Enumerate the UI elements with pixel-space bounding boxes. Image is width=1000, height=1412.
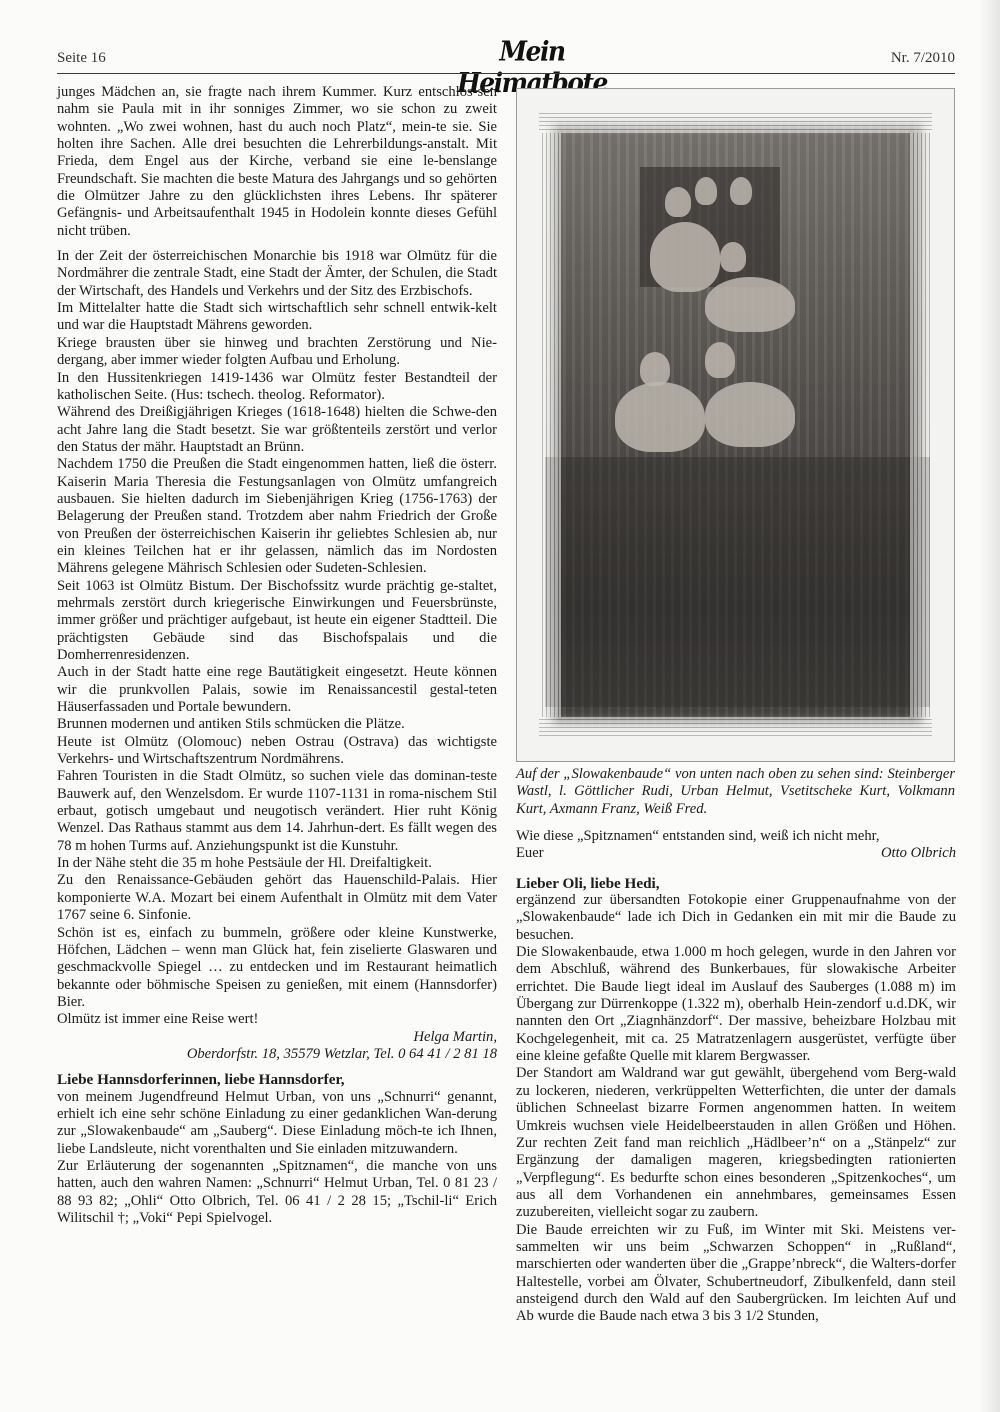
- paragraph: Zu den Renaissance-Gebäuden gehört das H…: [57, 872, 497, 924]
- scan-edge-shadow: [978, 0, 1000, 1412]
- issue-number: Nr. 7/2010: [891, 50, 955, 67]
- paragraph: Heute ist Olmütz (Olomouc) neben Ostrau …: [57, 734, 497, 769]
- paragraph: In den Hussitenkriegen 1419-1436 war Olm…: [57, 370, 497, 405]
- paragraph-gap: [57, 1063, 497, 1071]
- paragraph-gap: [57, 240, 497, 248]
- closing-text: Wie diese „Spitznamen“ entstanden sind, …: [516, 828, 956, 845]
- paragraph: Der Standort am Waldrand war gut gewählt…: [516, 1065, 956, 1221]
- page-number: Seite 16: [57, 50, 106, 67]
- paragraph: In der Zeit der österreichischen Monarch…: [57, 248, 497, 300]
- paragraph: Auch in der Stadt hatte eine rege Bautät…: [57, 664, 497, 716]
- letter-heading: Liebe Hannsdorferinnen, liebe Hannsdorfe…: [57, 1071, 497, 1088]
- paragraph: Fahren Touristen in die Stadt Olmütz, so…: [57, 768, 497, 855]
- group-photo: [516, 88, 955, 762]
- author-name: Helga Martin,: [57, 1029, 497, 1046]
- author-address: Oberdorfstr. 18, 35579 Wetzlar, Tel. 0 6…: [57, 1046, 497, 1063]
- paragraph: ergänzend zur übersandten Fotokopie eine…: [516, 892, 956, 944]
- paragraph: junges Mädchen an, sie fragte nach ihrem…: [57, 84, 497, 240]
- paragraph: Die Slowakenbaude, etwa 1.000 m hoch gel…: [516, 944, 956, 1065]
- paragraph: Olmütz ist immer eine Reise wert!: [57, 1011, 497, 1028]
- paragraph: Die Baude erreichten wir zu Fuß, im Wint…: [516, 1222, 956, 1326]
- paragraph: von meinem Jugendfreund Helmut Urban, vo…: [57, 1089, 497, 1158]
- newspaper-page: Seite 16 Mein Heimatbote Nr. 7/2010 jung…: [0, 0, 1000, 1412]
- paragraph: Schön ist es, einfach zu bummeln, größer…: [57, 925, 497, 1012]
- paragraph: Brunnen modernen und antiken Stils schmü…: [57, 716, 497, 733]
- paragraph: Im Mittelalter hatte die Stadt sich wirt…: [57, 300, 497, 335]
- closing-signature: Otto Olbrich: [881, 845, 956, 862]
- photo-caption: Auf der „Slowakenbaude“ von unten nach o…: [516, 766, 955, 818]
- paragraph: Zur Erläuterung der sogenannten „Spitzna…: [57, 1158, 497, 1227]
- photo-frame-border: [525, 97, 946, 753]
- closing-line: Euer Otto Olbrich: [516, 845, 956, 862]
- page-header: Seite 16 Mein Heimatbote Nr. 7/2010: [57, 44, 955, 70]
- closing-salutation: Euer: [516, 845, 544, 862]
- paragraph: Kriege brausten über sie hinweg und brac…: [57, 335, 497, 370]
- paragraph: In der Nähe steht die 35 m hohe Pestsäul…: [57, 855, 497, 872]
- header-divider: [57, 73, 955, 74]
- paragraph: Nachdem 1750 die Preußen die Stadt einge…: [57, 456, 497, 577]
- paragraph-gap: [516, 863, 956, 875]
- paragraph: Seit 1063 ist Olmütz Bistum. Der Bischof…: [57, 578, 497, 665]
- letter-heading: Lieber Oli, liebe Hedi,: [516, 875, 956, 892]
- left-column: junges Mädchen an, sie fragte nach ihrem…: [57, 84, 497, 1227]
- right-column: Wie diese „Spitznamen“ entstanden sind, …: [516, 828, 956, 1326]
- paragraph: Während des Dreißigjährigen Krieges (161…: [57, 404, 497, 456]
